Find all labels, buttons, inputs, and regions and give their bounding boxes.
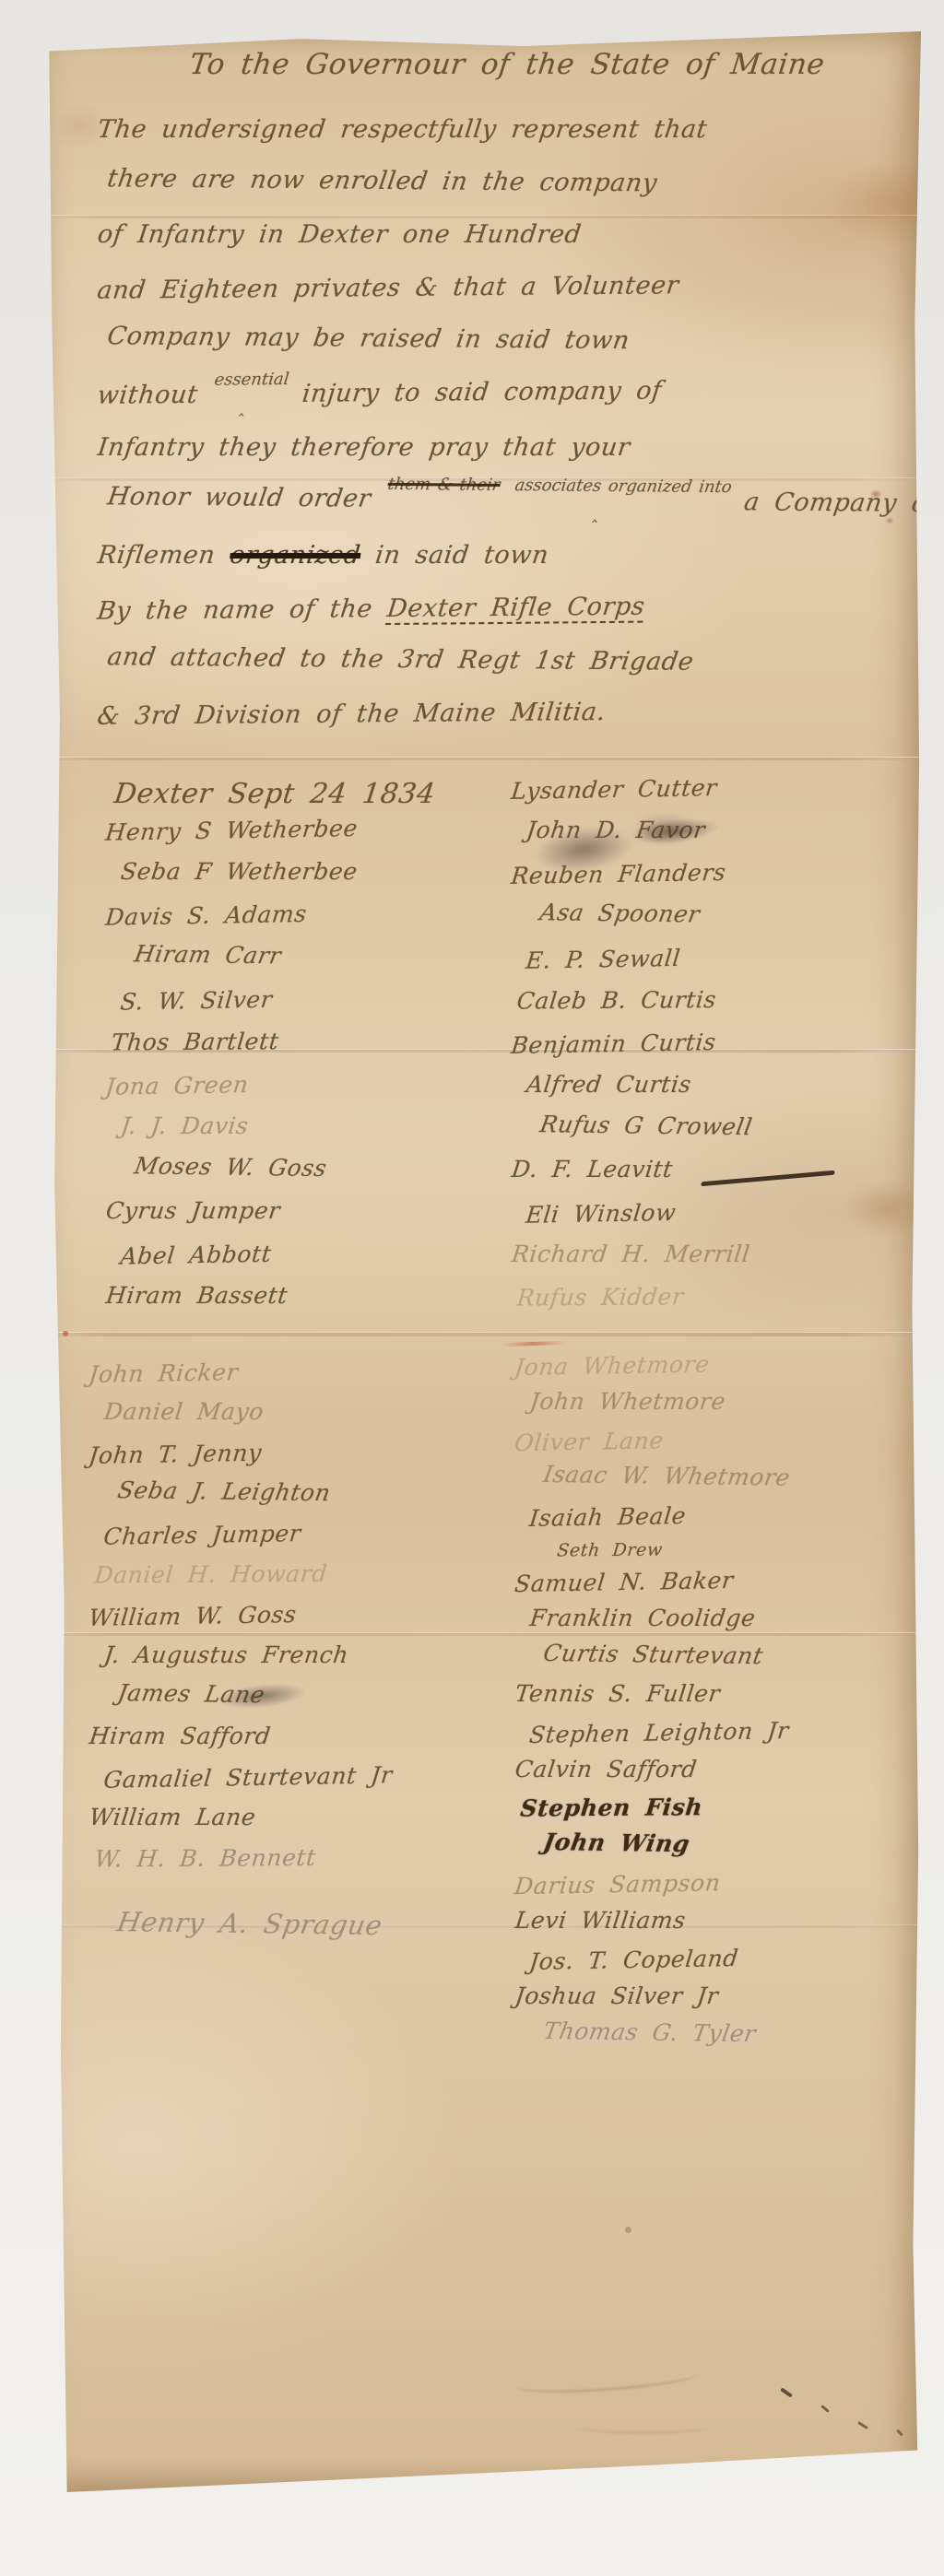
petition-line: without essential injury to said company… [95, 373, 902, 415]
ink-speck [896, 2429, 903, 2437]
text-segment: of Infantry in Dexter one Hundred [96, 220, 583, 249]
signature: Jona Whetmore [512, 1347, 944, 1393]
petition-line: and Eighteen privates & that a Volunteer [96, 268, 903, 307]
signature: John Whetmore [526, 1389, 944, 1427]
petition-line: of Infantry in Dexter one Hundred [96, 219, 902, 251]
petition-line: Infantry they therefore pray that your [96, 432, 902, 464]
signature: S. W. Silver [117, 982, 504, 1031]
signature: Caleb B. Curtis [514, 985, 928, 1030]
signature: D. F. Leavitt [508, 1157, 928, 1199]
text-segment: and attached to the 3rd Regt 1st Brigade [105, 642, 695, 676]
signature: Lysander Cutter [508, 771, 928, 821]
signature: John Ricker [86, 1355, 506, 1403]
text-segment: The undersigned respectfully represent t… [96, 115, 709, 144]
faint-mark [513, 2363, 699, 2397]
text-segment: and Eighteen privates & that a Volunteer [96, 271, 680, 304]
signature: Thos Bartlett [109, 1028, 504, 1073]
signature: Thomas G. Tyler [539, 2018, 944, 2062]
signature: Rufus Kidder [514, 1282, 928, 1327]
dateline: Dexter Sept 24 1834 [112, 778, 437, 810]
ink-speck [820, 2405, 830, 2413]
signature: Abel Abbott [117, 1237, 504, 1286]
text-segment: there are now enrolled in the company [105, 164, 659, 197]
signature: Tennis S. Fuller [512, 1681, 944, 1719]
signature: Isaiah Beale [526, 1499, 944, 1544]
signature: Levi Williams [512, 1908, 944, 1946]
signature: Samuel N. Baker [512, 1564, 944, 1609]
text-segment: in said town [373, 541, 550, 570]
petition-line: The undersigned respectfully represent t… [96, 114, 902, 146]
text-segment: By the name of the [96, 594, 374, 626]
signature: Moses W. Goss [129, 1153, 504, 1201]
text-segment: a Company of [742, 488, 939, 518]
signature: Daniel H. Howard [92, 1559, 506, 1603]
document-scan: To the Governour of the State of Maine T… [0, 0, 944, 2576]
petition-heading: To the Governour of the State of Maine [188, 48, 827, 81]
petition-line: & 3rd Division of the Maine Militia. [96, 694, 903, 733]
signature: Stephen Leighton Jr [526, 1715, 944, 1760]
text-segment: Dexter Rifle Corps [385, 593, 646, 623]
petition-line: and attached to the 3rd Regt 1st Brigade [105, 641, 902, 680]
signature: Henry S Wetherbee [102, 813, 504, 862]
signature: Darius Sampson [512, 1866, 944, 1911]
signature: Franklin Coolidge [526, 1606, 944, 1643]
signature: Jos. T. Copeland [526, 1942, 944, 1987]
signature-column-2-left: John Ricker Daniel Mayo John T. Jenny Se… [88, 1359, 503, 1950]
signature: Hiram Bassett [102, 1283, 504, 1325]
text-segment: Infantry they therefore pray that your [96, 433, 631, 462]
faint-mark [574, 2418, 713, 2434]
signature: Curtis Sturtevant [539, 1641, 944, 1684]
text-segment: Company may be raised in said town [105, 322, 631, 355]
signature-column-1-right: Lysander Cutter John D. Favor Reuben Fla… [511, 775, 926, 1326]
signature-column-2-right: Jona Whetmore John Whetmore Oliver Lane … [514, 1351, 944, 2059]
signature: E. P. Sewall [523, 941, 928, 991]
signature: Seba J. Leighton [113, 1477, 507, 1523]
text-segment: associates organized into [513, 470, 734, 503]
signature: Isaac W. Whetmore [539, 1462, 944, 1505]
signature: John D. Favor [523, 817, 928, 860]
petition-line: Honor would order them & their associate… [105, 481, 902, 523]
signature: Benjamin Curtis [508, 1026, 928, 1076]
petition-line: By the name of the Dexter Rifle Corps [96, 589, 903, 628]
red-speck [63, 1331, 68, 1336]
signature: Charles Jumper [100, 1517, 505, 1565]
stain [625, 2227, 631, 2233]
signature: W. H. B. Bennett [92, 1843, 506, 1887]
red-speck [501, 1341, 565, 1347]
signature: Jona Green [102, 1067, 504, 1116]
signature: Richard H. Merrill [508, 1241, 928, 1284]
signature: Cyrus Jumper [102, 1198, 504, 1241]
signature: Eli Winslow [523, 1195, 928, 1245]
signature: Alfred Curtis [523, 1072, 928, 1114]
signature: Calvin Safford [512, 1757, 944, 1794]
signature: Seba F Wetherbee [117, 859, 504, 901]
signature: J. Augustus French [100, 1642, 505, 1683]
text-segment: them & their [385, 469, 502, 501]
petition-line: Riflemen organized in said town [96, 540, 902, 571]
signature: J. J. Davis [117, 1113, 504, 1156]
signature: John Wing [539, 1829, 944, 1873]
fold-crease [35, 1332, 922, 1336]
petition-line: Company may be raised in said town [105, 321, 902, 359]
signature: James Lane [113, 1680, 507, 1726]
text-segment: injury to said company of [301, 376, 663, 407]
signature: Joshua Silver Jr [512, 1983, 944, 2021]
signature: Hiram Carr [129, 941, 504, 989]
signature: Asa Spooner [536, 900, 929, 947]
signature: Hiram Safford [86, 1723, 505, 1764]
paper-sheet: To the Governour of the State of Maine T… [35, 24, 922, 2492]
signature: Stephen Fish [518, 1793, 944, 1833]
signature: William Lane [86, 1805, 505, 1845]
signature: Gamaliel Sturtevant Jr [100, 1760, 505, 1808]
petition-line: there are now enrolled in the company [105, 163, 902, 202]
text-segment: organized [229, 541, 362, 570]
ink-speck [780, 2387, 793, 2397]
text-segment: without [96, 381, 199, 410]
signature: William W. Goss [86, 1598, 506, 1646]
text-segment: & 3rd Division of the Maine Militia. [96, 698, 608, 731]
text-segment: Honor would order [106, 482, 373, 512]
text-segment: Riflemen [96, 541, 217, 570]
signature: Henry A. Sprague [113, 1907, 507, 1953]
petition-body: The undersigned respectfully represent t… [98, 114, 900, 729]
ink-speck [857, 2421, 868, 2429]
text-segment: essential [213, 364, 291, 396]
signature: Daniel Mayo [100, 1399, 505, 1440]
signature-column-1-left: Henry S Wetherbee Seba F Wetherbee Davis… [105, 817, 501, 1325]
signature: Rufus G Crowell [536, 1112, 929, 1159]
fold-crease [35, 757, 922, 760]
red-speck [48, 1318, 55, 1325]
